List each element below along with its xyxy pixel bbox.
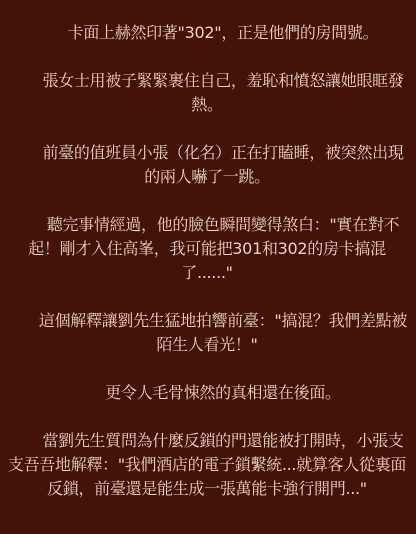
paragraph-front-desk-clerk: 前臺的值班員小張（化名）正在打瞌睡，被突然出現的兩人嚇了一跳。: [6, 141, 408, 189]
paragraph-room-card: 卡面上赫然印著"302"，正是他們的房間號。: [6, 21, 408, 45]
article-body: 卡面上赫然印著"302"，正是他們的房間號。 張女士用被子緊緊裹住自己，羞恥和憤…: [0, 0, 416, 501]
paragraph-clerk-apology: 聽完事情經過，他的臉色瞬間變得煞白："實在對不起！剛才入住高峯，我可能把301和…: [6, 213, 408, 285]
paragraph-mr-liu-anger: 這個解釋讓劉先生猛地拍響前臺："搞混？我們差點被陌生人看光！": [6, 309, 408, 357]
paragraph-creepy-truth: 更令人毛骨悚然的真相還在後面。: [6, 381, 408, 405]
paragraph-master-key-explanation: 當劉先生質問為什麼反鎖的門還能被打開時，小張支支吾吾地解釋："我們酒店的電子鎖繫…: [6, 429, 408, 501]
paragraph-ms-zhang-reaction: 張女士用被子緊緊裹住自己，羞恥和憤怒讓她眼眶發熱。: [6, 69, 408, 117]
